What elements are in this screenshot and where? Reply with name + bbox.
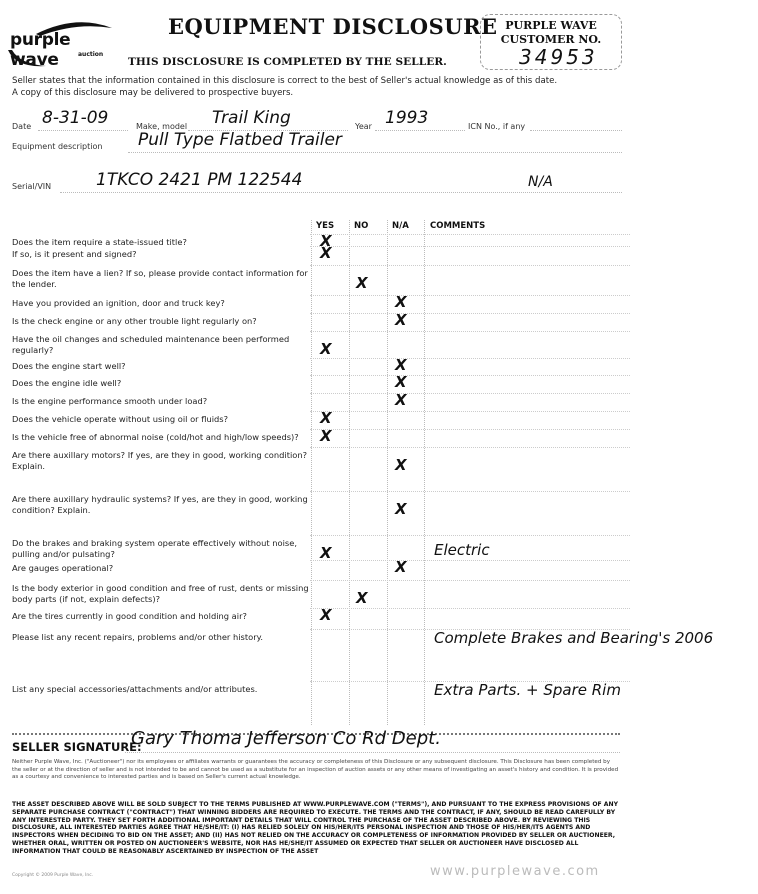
question-text: Have the oil changes and scheduled maint… — [12, 334, 312, 356]
row-separator — [310, 608, 630, 609]
question-text: Is the engine performance smooth under l… — [12, 396, 312, 407]
make-model-value: Trail King — [212, 108, 291, 128]
copyright-text: Copyright © 2009 Purple Wave, Inc. — [12, 873, 93, 878]
disclaimer-text: Neither Purple Wave, Inc. ("Auctioneer")… — [12, 759, 620, 782]
question-text: Are the tires currently in good conditio… — [12, 611, 312, 622]
customer-box-line1: PURPLE WAVE — [481, 19, 621, 32]
question-text: Does the item have a lien? If so, please… — [12, 268, 312, 290]
serial-vin-field[interactable]: 1TKCO 2421 PM 122544 N/A — [60, 180, 622, 193]
equipment-description-value: Pull Type Flatbed Trailer — [138, 130, 342, 150]
checkbox-mark-yes[interactable]: X — [320, 340, 332, 358]
seller-signature-label: SELLER SIGNATURE: — [12, 740, 142, 754]
customer-number-value[interactable]: 34953 — [519, 45, 598, 69]
question-text: Is the vehicle free of abnormal noise (c… — [12, 432, 312, 443]
row-separator — [310, 313, 630, 314]
year-field[interactable]: 1993 — [375, 118, 465, 131]
website-watermark: www.purplewave.com — [430, 864, 600, 879]
intro-line-2: A copy of this disclosure may be deliver… — [12, 88, 712, 100]
logo-subtext: auction — [78, 51, 103, 58]
serial-vin-value: 1TKCO 2421 PM 122544 — [96, 170, 302, 190]
row-separator — [310, 393, 630, 394]
question-text: List any special accessories/attachments… — [12, 684, 312, 695]
icn-label: ICN No., if any — [468, 122, 525, 131]
page-title: EQUIPMENT DISCLOSURE — [168, 14, 498, 39]
row-separator — [310, 375, 630, 376]
comment-value[interactable]: Complete Brakes and Bearing's 2006 — [434, 628, 724, 649]
row-separator — [310, 491, 630, 492]
intro-line-1: Seller states that the information conta… — [12, 76, 712, 88]
row-separator — [310, 295, 630, 296]
hours-value: N/A — [528, 174, 553, 190]
row-separator — [310, 560, 630, 561]
row-separator — [310, 358, 630, 359]
year-value: 1993 — [385, 108, 428, 128]
date-label: Date — [12, 122, 31, 131]
row-separator — [310, 331, 630, 332]
row-separator — [310, 535, 630, 536]
row-separator — [310, 429, 630, 430]
checkbox-mark-no[interactable]: X — [356, 274, 368, 292]
equipment-description-label: Equipment description — [12, 142, 102, 151]
question-text: Does the engine start well? — [12, 361, 312, 372]
column-yes: YES — [316, 221, 334, 231]
question-text: Please list any recent repairs, problems… — [12, 632, 312, 643]
serial-vin-label: Serial/VIN — [12, 182, 51, 191]
column-na: N/A — [392, 221, 409, 231]
date-field[interactable]: 8-31-09 — [38, 118, 128, 131]
question-text: Is the body exterior in good condition a… — [12, 583, 312, 605]
checkbox-mark-na[interactable]: X — [395, 500, 407, 518]
question-text: Do the brakes and braking system operate… — [12, 538, 312, 560]
logo-text: purple wave — [10, 30, 114, 70]
row-separator — [310, 234, 630, 235]
seller-signature-field[interactable]: Gary Thoma Jefferson Co Rd Dept. — [125, 740, 620, 753]
question-text: Does the item require a state-issued tit… — [12, 237, 312, 248]
date-value: 8-31-09 — [42, 108, 108, 128]
row-separator — [310, 447, 630, 448]
checkbox-mark-na[interactable]: X — [395, 456, 407, 474]
row-separator — [310, 246, 630, 247]
question-text: Does the vehicle operate without using o… — [12, 414, 312, 425]
intro-statement: Seller states that the information conta… — [12, 76, 712, 99]
question-text: Does the engine idle well? — [12, 378, 312, 389]
year-label: Year — [355, 122, 372, 131]
customer-number-box: PURPLE WAVE CUSTOMER NO. 34953 — [480, 14, 622, 70]
question-text: If so, is it present and signed? — [12, 249, 312, 260]
seller-signature-value: Gary Thoma Jefferson Co Rd Dept. — [131, 728, 441, 749]
equipment-description-field[interactable]: Pull Type Flatbed Trailer — [128, 140, 622, 153]
comment-value[interactable]: Electric — [434, 540, 724, 561]
question-text: Are there auxillary hydraulic systems? I… — [12, 494, 312, 516]
terms-text: THE ASSET DESCRIBED ABOVE WILL BE SOLD S… — [12, 801, 620, 856]
column-comments: COMMENTS — [430, 221, 485, 231]
question-text: Are there auxillary motors? If yes, are … — [12, 450, 312, 472]
checkbox-mark-no[interactable]: X — [356, 589, 368, 607]
row-separator — [310, 411, 630, 412]
page-subtitle: THIS DISCLOSURE IS COMPLETED BY THE SELL… — [128, 56, 447, 68]
icn-field[interactable] — [530, 118, 622, 131]
question-text: Are gauges operational? — [12, 563, 312, 574]
row-separator — [310, 265, 630, 266]
question-text: Have you provided an ignition, door and … — [12, 298, 312, 309]
comment-value[interactable]: Extra Parts. + Spare Rim — [434, 680, 724, 701]
column-no: NO — [354, 221, 368, 231]
purple-wave-logo: purple wave auction — [6, 20, 114, 68]
row-separator — [310, 580, 630, 581]
question-text: Is the check engine or any other trouble… — [12, 316, 312, 327]
